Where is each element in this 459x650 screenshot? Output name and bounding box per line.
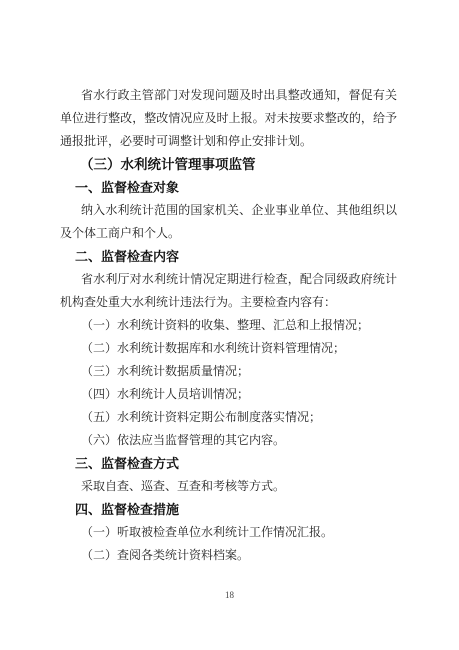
subsection-heading: 三、监督检查方式 <box>60 452 397 475</box>
paragraph: 省水行政主管部门对发现问题及时出具整改通知，督促有关单位进行整改，整改情况应及时… <box>60 84 397 153</box>
paragraph: 纳入水利统计范围的国家机关、企业事业单位、其他组织以及个体工商户和个人。 <box>60 199 397 245</box>
section-heading: （三）水利统计管理事项监管 <box>60 153 397 176</box>
subsection-heading: 一、监督检查对象 <box>60 176 397 199</box>
list-item: （二）查阅各类统计资料档案。 <box>60 544 397 567</box>
paragraph: 省水利厅对水利统计情况定期进行检查，配合同级政府统计机构查处重大水利统计违法行为… <box>60 268 397 314</box>
page-number: 18 <box>0 590 459 600</box>
list-item: （二）水利统计数据库和水利统计资料管理情况； <box>60 337 397 360</box>
list-item: （六）依法应当监督管理的其它内容。 <box>60 429 397 452</box>
subsection-heading: 四、监督检查措施 <box>60 498 397 521</box>
subsection-heading: 二、监督检查内容 <box>60 245 397 268</box>
list-item: （四）水利统计人员培训情况； <box>60 383 397 406</box>
paragraph: 采取自查、巡查、互查和考核等方式。 <box>60 475 397 498</box>
list-item: （一）听取被检查单位水利统计工作情况汇报。 <box>60 521 397 544</box>
list-item: （一）水利统计资料的收集、整理、汇总和上报情况； <box>60 314 397 337</box>
document-body: 省水行政主管部门对发现问题及时出具整改通知，督促有关单位进行整改，整改情况应及时… <box>60 84 397 567</box>
list-item: （三）水利统计数据质量情况； <box>60 360 397 383</box>
list-item: （五）水利统计资料定期公布制度落实情况； <box>60 406 397 429</box>
document-page: 省水行政主管部门对发现问题及时出具整改通知，督促有关单位进行整改，整改情况应及时… <box>0 0 459 650</box>
